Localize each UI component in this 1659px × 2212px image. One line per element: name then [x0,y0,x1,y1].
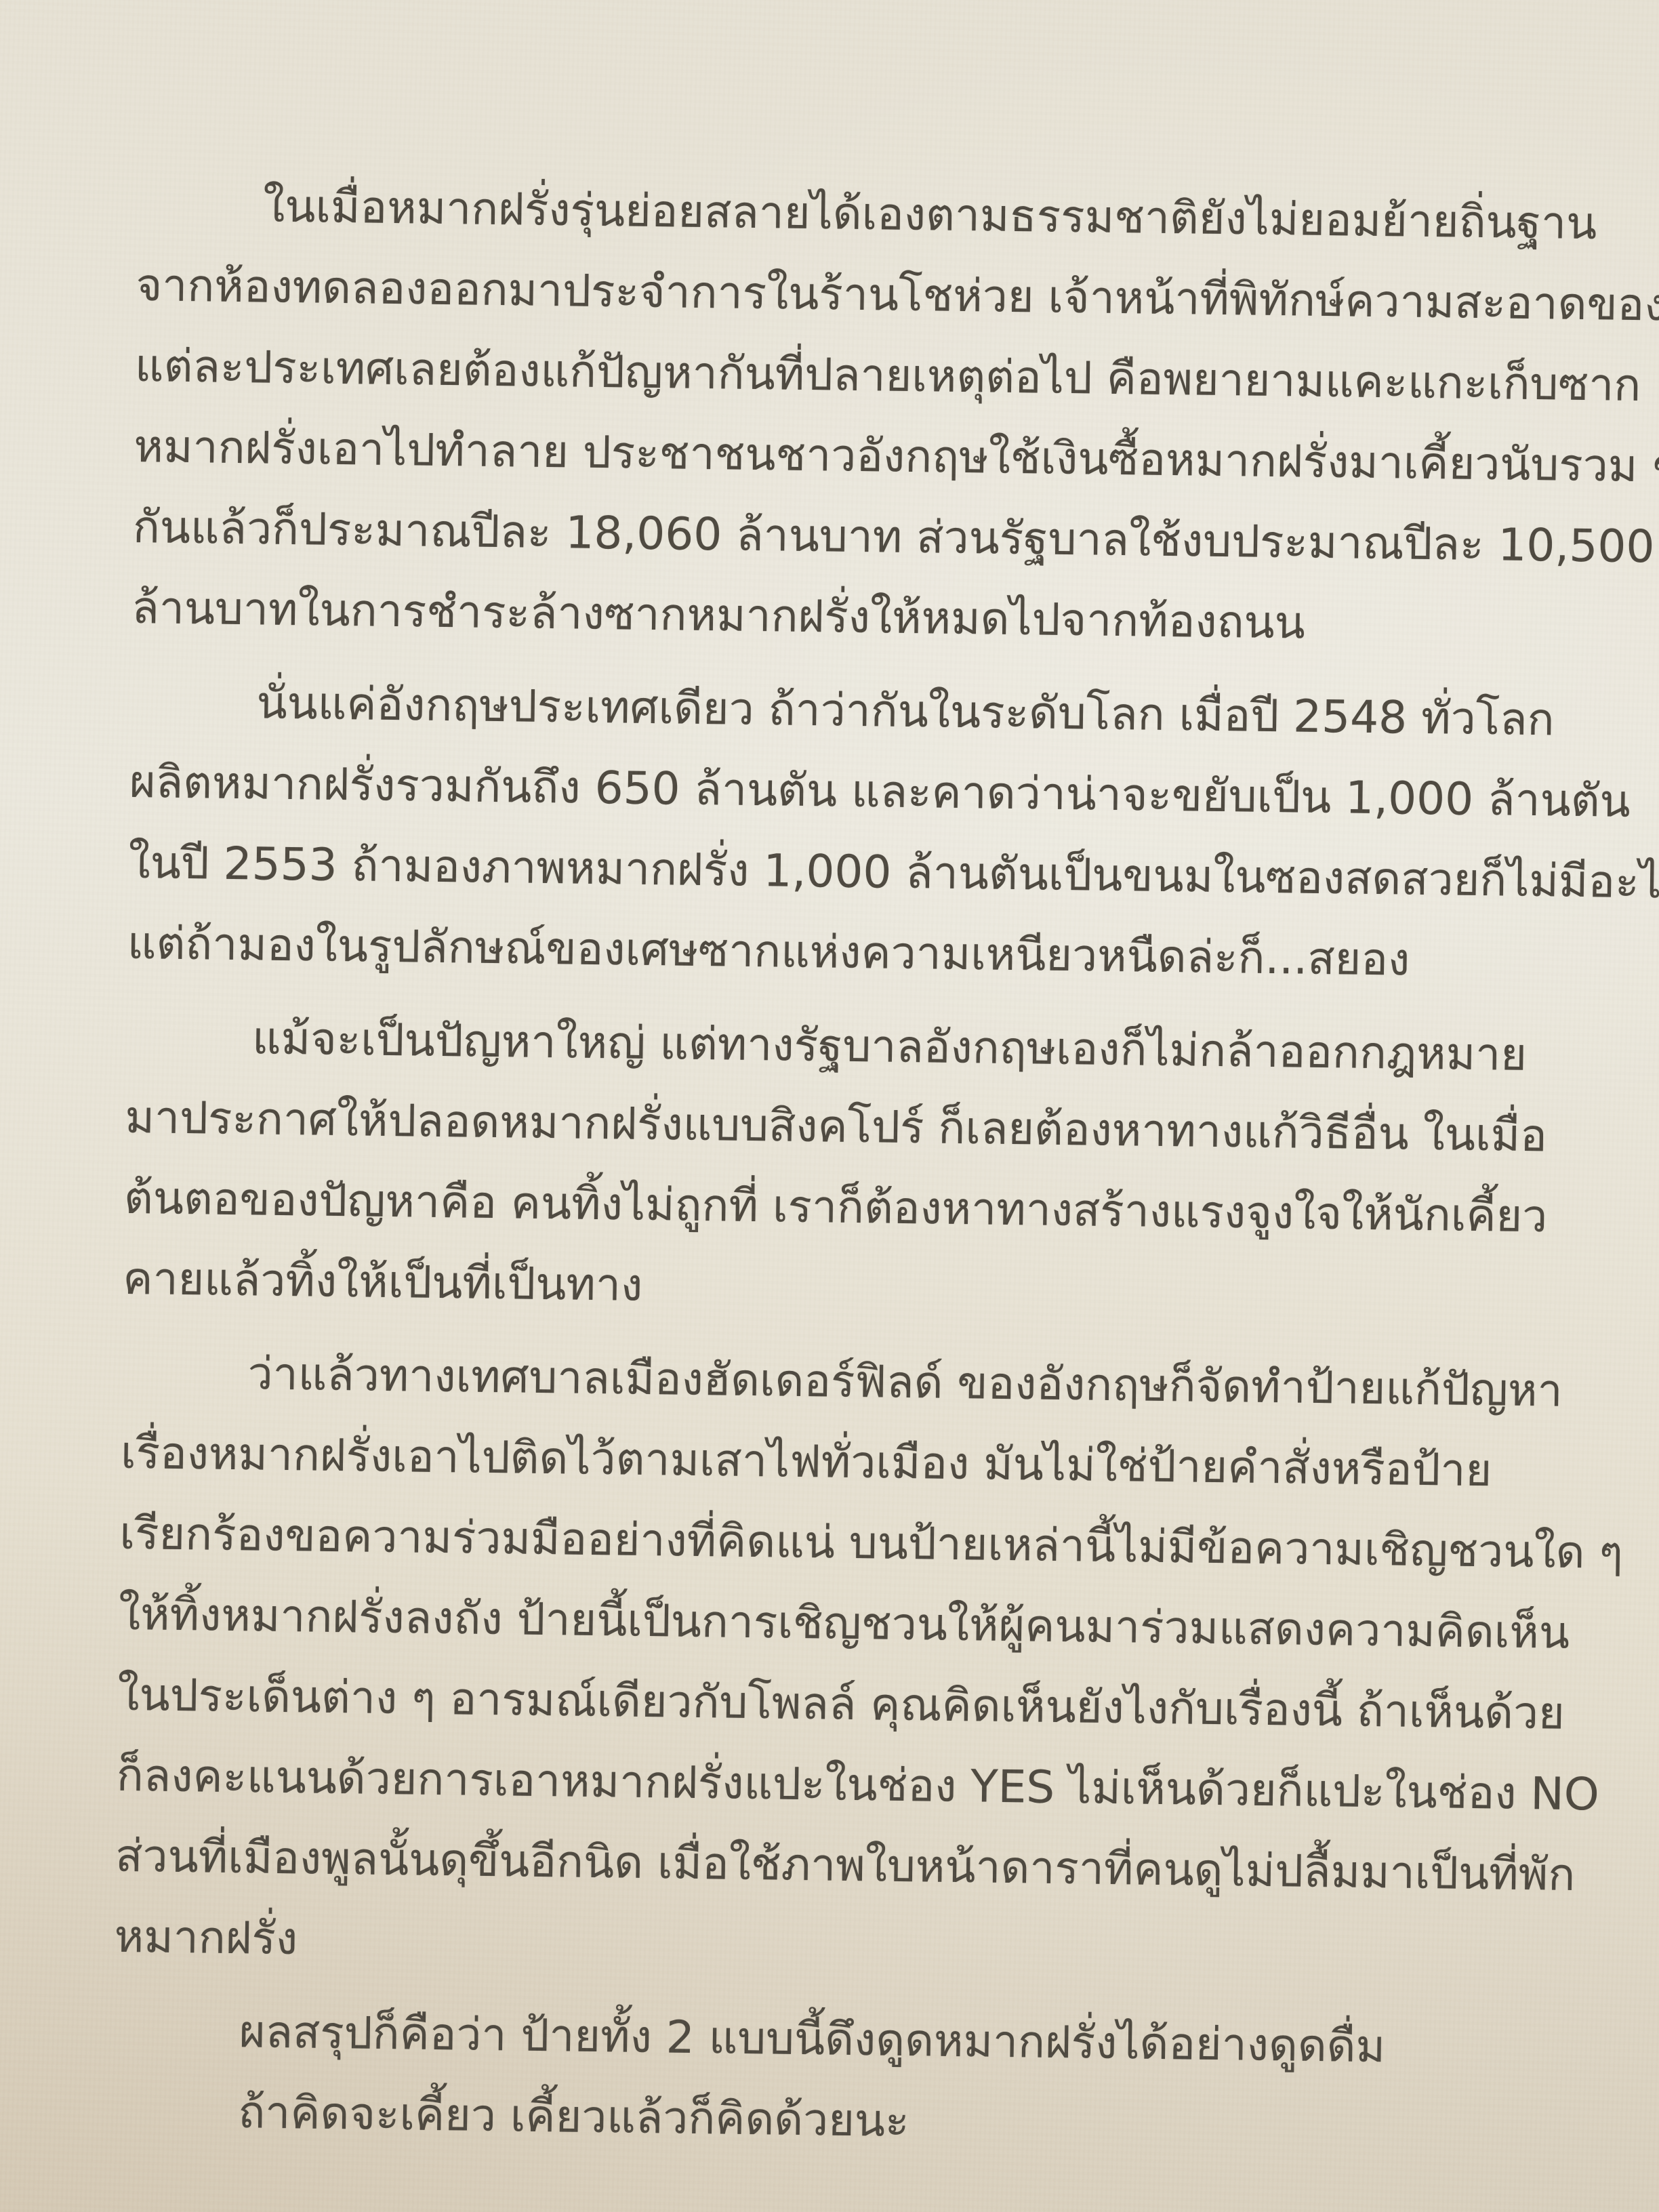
paragraph-4: ว่าแล้วทางเทศบาลเมืองฮัดเดอร์ฟิลด์ ของอั… [114,1332,1565,1996]
paragraph-1: ในเมื่อหมากฝรั่งรุ่นย่อยสลายได้เองตามธรร… [131,164,1581,667]
book-page: ในเมื่อหมากฝรั่งรุ่นย่อยสลายได้เองตามธรร… [0,0,1659,2212]
paragraph-2: นั่นแค่อังกฤษประเทศเดียว ถ้าว่ากันในระดั… [127,661,1574,1002]
paragraph-5: ผลสรุปก็คือว่า ป้ายทั้ง 2 แบบนี้ดึงดูดหม… [112,1990,1557,2170]
photographed-book-page: { "page": { "language": "th", "colors": … [0,0,1659,2212]
body-text: ในเมื่อหมากฝรั่งรุ่นย่อยสลายได้เองตามธรร… [112,164,1581,2170]
paragraph-3: แม้จะเป็นปัญหาใหญ่ แต่ทางรัฐบาลอังกฤษเอง… [123,996,1570,1338]
